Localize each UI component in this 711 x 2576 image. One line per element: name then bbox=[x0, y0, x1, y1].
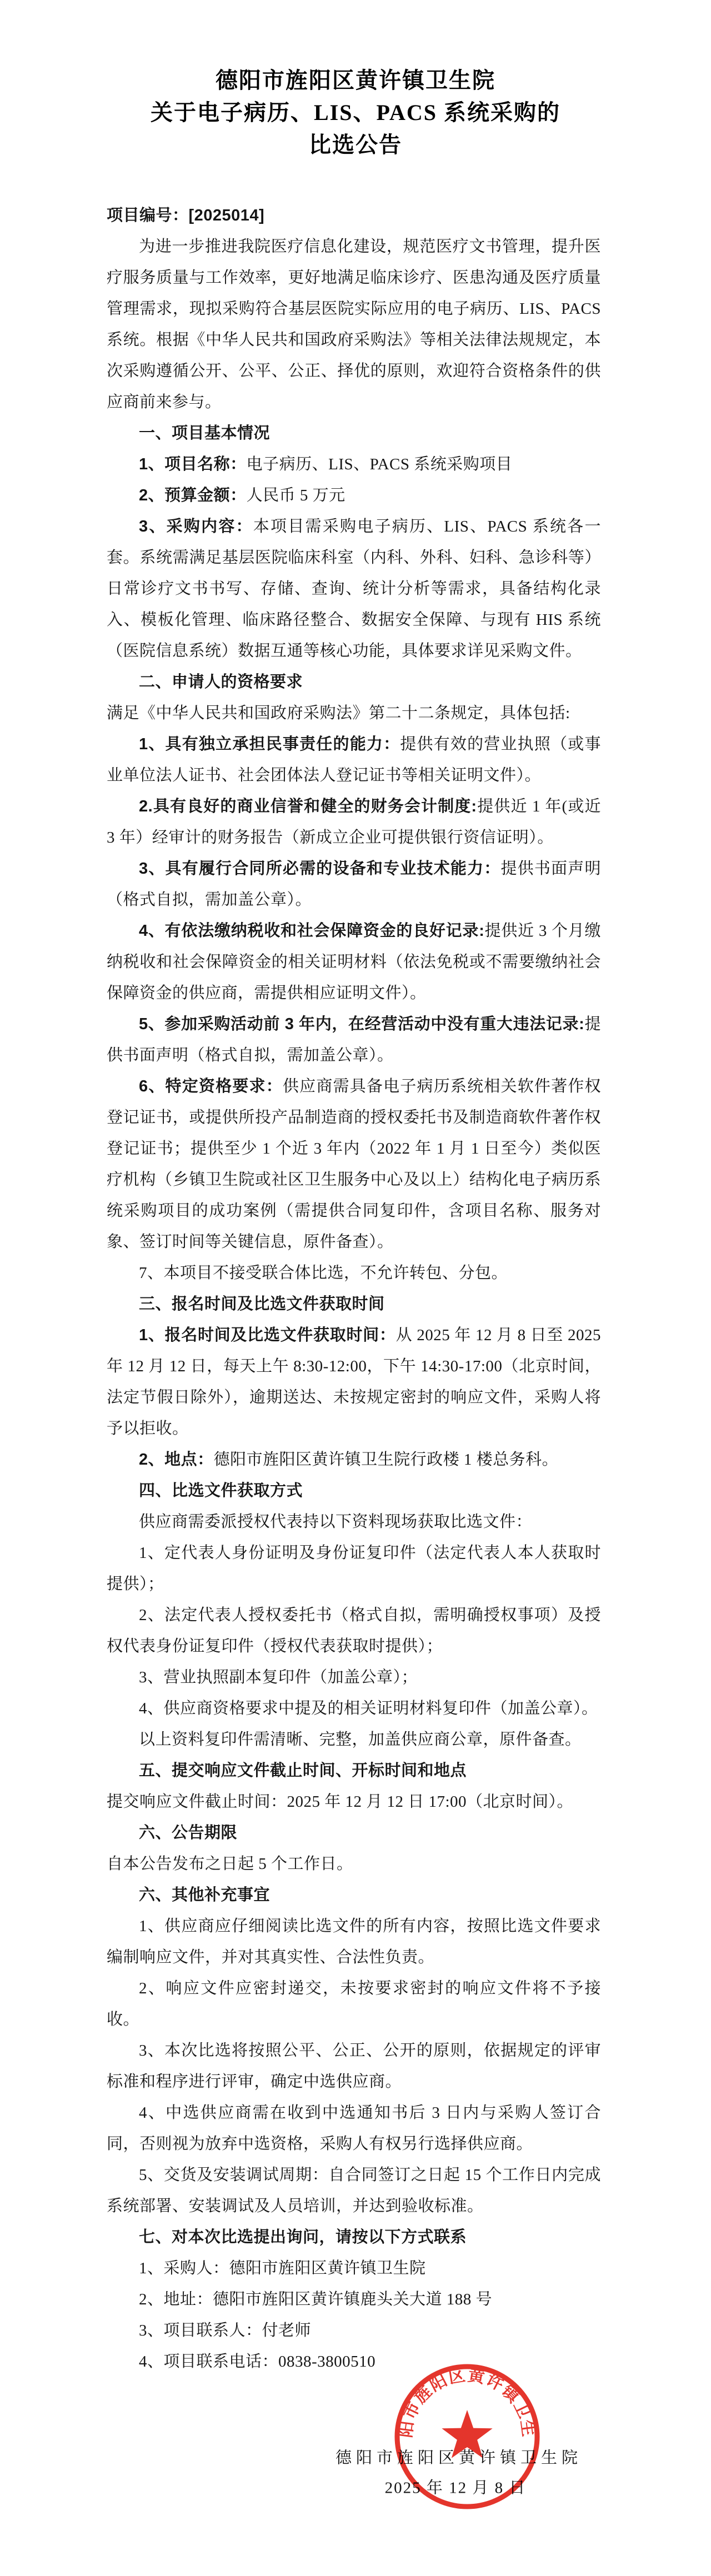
paragraph: 3、项目联系人：付老师 bbox=[107, 2315, 601, 2346]
item-label: 1、具有独立承担民事责任的能力： bbox=[139, 735, 400, 753]
paragraph: 1、项目名称：电子病历、LIS、PACS 系统采购项目 bbox=[107, 449, 601, 480]
item-label: 6、特定资格要求： bbox=[139, 1077, 283, 1095]
paragraph: 4、中选供应商需在收到中选通知书后 3 日内与采购人签订合同，否则视为放弃中选资… bbox=[107, 2097, 601, 2159]
paragraph: 3、营业执照副本复印件（加盖公章）； bbox=[107, 1662, 601, 1693]
paragraph: 1、定代表人身份证明及身份证复印件（法定代表人本人获取时提供）； bbox=[107, 1537, 601, 1600]
section-heading: 六、其他补充事宜 bbox=[107, 1880, 601, 1911]
paragraph: 供应商需委派授权代表持以下资料现场获取比选文件： bbox=[107, 1506, 601, 1537]
paragraph: 1、供应商应仔细阅读比选文件的所有内容，按照比选文件要求编制响应文件，并对其真实… bbox=[107, 1911, 601, 1973]
item-label: 3、采购内容： bbox=[139, 518, 253, 535]
paragraph: 7、本项目不接受联合体比选，不允许转包、分包。 bbox=[107, 1257, 601, 1289]
section-heading: 三、报名时间及比选文件获取时间 bbox=[107, 1289, 601, 1320]
paragraph: 3、采购内容：本项目需采购电子病历、LIS、PACS 系统各一套。系统需满足基层… bbox=[107, 511, 601, 666]
item-label: 2、预算金额： bbox=[139, 487, 247, 504]
section-heading: 二、申请人的资格要求 bbox=[107, 666, 601, 698]
paragraph: 1、具有独立承担民事责任的能力：提供有效的营业执照（或事业单位法人证书、社会团体… bbox=[107, 729, 601, 791]
paragraph: 满足《中华人民共和国政府采购法》第二十二条规定，具体包括: bbox=[107, 698, 601, 729]
item-label: 1、报名时间及比选文件获取时间： bbox=[139, 1326, 396, 1344]
paragraph: 5、参加采购活动前 3 年内，在经营活动中没有重大违法记录:提供书面声明（格式自… bbox=[107, 1009, 601, 1071]
project-number: 项目编号：[2025014] bbox=[107, 200, 601, 231]
paragraph: 2.具有良好的商业信誉和健全的财务会计制度:提供近 1 年(或近 3 年）经审计… bbox=[107, 791, 601, 853]
paragraph: 2、预算金额：人民币 5 万元 bbox=[107, 480, 601, 511]
paragraph: 以上资料复印件需清晰、完整，加盖供应商公章，原件备查。 bbox=[107, 1724, 601, 1755]
item-label: 2.具有良好的商业信誉和健全的财务会计制度: bbox=[139, 798, 477, 815]
paragraph: 2、法定代表人授权委托书（格式自拟，需明确授权事项）及授权代表身份证复印件（授权… bbox=[107, 1600, 601, 1662]
paragraph: 为进一步推进我院医疗信息化建设，规范医疗文书管理，提升医疗服务质量与工作效率，更… bbox=[107, 231, 601, 418]
paragraph: 2、地址：德阳市旌阳区黄许镇鹿头关大道 188 号 bbox=[107, 2284, 601, 2315]
paragraph: 3、具有履行合同所必需的设备和专业技术能力：提供书面声明（格式自拟，需加盖公章）… bbox=[107, 853, 601, 915]
paragraph: 3、本次比选将按照公平、公正、公开的原则，依据规定的评审标准和程序进行评审，确定… bbox=[107, 2035, 601, 2097]
section-heading: 七、对本次比选提出询问，请按以下方式联系 bbox=[107, 2222, 601, 2253]
section-heading: 五、提交响应文件截止时间、开标时间和地点 bbox=[107, 1755, 601, 1786]
section-heading: 六、公告期限 bbox=[107, 1817, 601, 1848]
paragraph: 提交响应文件截止时间：2025 年 12 月 12 日 17:00（北京时间）。 bbox=[107, 1786, 601, 1817]
item-label: 5、参加采购活动前 3 年内，在经营活动中没有重大违法记录: bbox=[139, 1015, 584, 1033]
item-label: 3、具有履行合同所必需的设备和专业技术能力： bbox=[139, 860, 500, 878]
paragraph: 1、报名时间及比选文件获取时间：从 2025 年 12 月 8 日至 2025 … bbox=[107, 1320, 601, 1444]
page-title: 德阳市旌阳区黄许镇卫生院 关于电子病历、LIS、PACS 系统采购的 比选公告 bbox=[0, 0, 711, 161]
paragraph: 1、采购人：德阳市旌阳区黄许镇卫生院 bbox=[107, 2253, 601, 2284]
seal-star-icon bbox=[442, 2410, 492, 2458]
title-line-2: 关于电子病历、LIS、PACS 系统采购的 bbox=[0, 97, 711, 129]
paragraph: 6、特定资格要求：供应商需具备电子病历系统相关软件著作权登记证书，或提供所投产品… bbox=[107, 1071, 601, 1257]
document-content: 项目编号：[2025014] 为进一步推进我院医疗信息化建设，规范医疗文书管理，… bbox=[107, 200, 601, 2377]
paragraph: 2、地点：德阳市旌阳区黄许镇卫生院行政楼 1 楼总务科。 bbox=[107, 1444, 601, 1475]
paragraph: 自本公告发布之日起 5 个工作日。 bbox=[107, 1848, 601, 1880]
title-line-1: 德阳市旌阳区黄许镇卫生院 bbox=[0, 64, 711, 97]
item-label: 4、有依法缴纳税收和社会保障资金的良好记录: bbox=[139, 922, 484, 940]
paragraph: 4、供应商资格要求中提及的相关证明材料复印件（加盖公章）。 bbox=[107, 1693, 601, 1724]
paragraph: 2、响应文件应密封递交，未按要求密封的响应文件将不予接收。 bbox=[107, 1973, 601, 2035]
official-red-seal: 德阳市旌阳区黄许镇卫生院 bbox=[392, 2362, 542, 2512]
paragraph: 5、交货及安装调试周期：自合同签订之日起 15 个工作日内完成系统部署、安装调试… bbox=[107, 2159, 601, 2222]
paragraph: 4、有依法缴纳税收和社会保障资金的良好记录:提供近 3 个月缴纳税收和社会保障资… bbox=[107, 915, 601, 1009]
section-heading: 四、比选文件获取方式 bbox=[107, 1475, 601, 1506]
document-body: 为进一步推进我院医疗信息化建设，规范医疗文书管理，提升医疗服务质量与工作效率，更… bbox=[107, 231, 601, 2377]
item-label: 2、地点： bbox=[139, 1451, 214, 1469]
section-heading: 一、项目基本情况 bbox=[107, 418, 601, 449]
title-line-3: 比选公告 bbox=[0, 129, 711, 161]
item-label: 1、项目名称： bbox=[139, 455, 247, 473]
announcement-page: 德阳市旌阳区黄许镇卫生院 关于电子病历、LIS、PACS 系统采购的 比选公告 … bbox=[0, 0, 711, 2576]
